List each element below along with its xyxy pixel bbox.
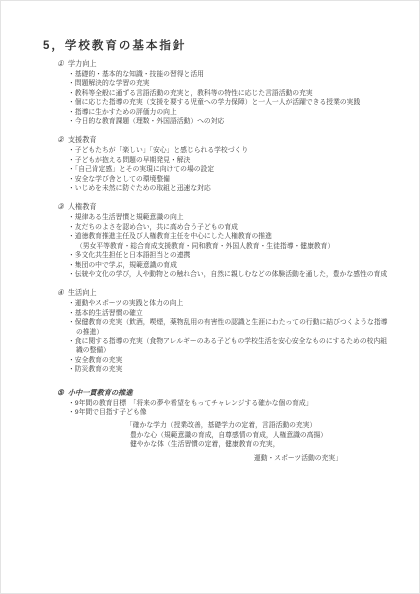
section-items: ・子どもたちが「楽しい」「安心」と感じられる学校づくり・子どもが抱える問題の早期… (68, 146, 388, 193)
sections: ①学力向上 ・基礎的・基本的な知識・技能の習得と活用・問題解決的な学習の充実・教… (57, 59, 419, 463)
vision-line: 健やかな体（生活習慣の定着，健康教育の充実， (126, 440, 342, 449)
section-header: ②支援教育 (57, 135, 419, 145)
bullet-item: ・多文化共生担任と日本語担当との連携 (68, 251, 388, 260)
vision-tail: 運動・スポーツ活動の充実」 (126, 450, 342, 463)
section-header: ①学力向上 (57, 59, 419, 69)
section-number: ③ (57, 202, 64, 211)
document-page: 5，学校教育の基本指針 ①学力向上 ・基礎的・基本的な知識・技能の習得と活用・問… (0, 0, 420, 594)
vision-line: 豊かな心（規範意識の育成，自尊感情の育成，人権意識の高揚） (126, 431, 342, 440)
section-items: ・基礎的・基本的な知識・技能の習得と活用・問題解決的な学習の充実・教科等全般に通… (68, 70, 388, 126)
section-heading: 小中一貫教育の推進 (68, 388, 133, 397)
bullet-item: ・伝統や文化の学び，人や動物との触れ合い，自然に親しむなどの体験活動を通した，豊… (68, 270, 388, 279)
bullet-item: ・規律ある生活習慣と規範意識の向上 (68, 213, 388, 222)
bullet-item: ・子どもが抱える問題の早期発見・解決 (68, 156, 388, 165)
section-heading: 人権教育 (68, 202, 97, 211)
section-header: ③人権教育 (57, 202, 419, 212)
bullet-item: ・基本的生活習慣の確立 (68, 309, 388, 318)
bullet-item: ・道徳教育推進主任及び人権教育主任を中心にした人権教育の推進 (68, 232, 388, 241)
section-number: ⑤ (57, 388, 64, 397)
bullet-item: ・安全教育の充実 (68, 356, 388, 365)
item-note: （男女平等教育・総合育成支援教育・同和教育・外国人教育・生徒指導・健康教育） (68, 242, 388, 251)
section: ⑤小中一貫教育の推進 ・9年間の教育目標 「将来の夢や希望をもってチャレンジする… (57, 388, 419, 463)
bullet-item: ・教科等全般に通ずる言語活動の充実と，教科等の特性に応じた言語活動の充実 (68, 89, 388, 98)
bullet-item: ・食に関する指導の充実（食物アレルギーのある子どもの学校生活を安心安全なものにす… (68, 337, 388, 356)
section-items: ・9年間の教育目標 「将来の夢や希望をもってチャレンジする確かな個の育成」・9年… (68, 399, 388, 463)
section-number: ① (57, 59, 64, 68)
bullet-item: ・いじめを未然に防ぐための取組と迅速な対応 (68, 184, 388, 193)
vision-block: 「確かな学力（授業改善，基礎学力の定着，言語活動の充実）豊かな心（規範意識の育成… (126, 421, 342, 463)
bullet-item: ・友だちのよさを認め合い，共に高め合う子どもの育成 (68, 223, 388, 232)
bullet-item: ・今日的な教育課題（理数・外国語活動）への対応 (68, 117, 388, 126)
section-items: ・運動やスポーツの実践と体力の向上・基本的生活習慣の確立・保健教育の充実（飲酒，… (68, 299, 388, 374)
bullet-item: ・防災教育の充実 (68, 365, 388, 374)
section-items: ・規律ある生活習慣と規範意識の向上・友だちのよさを認め合い，共に高め合う子どもの… (68, 213, 388, 279)
section-header: ④生活向上 (57, 288, 419, 298)
bullet-item: ・保健教育の充実（飲酒，喫煙，薬物乱用の有害性の認識と生涯にわたっての行動に結び… (68, 318, 388, 337)
vision-line: 「確かな学力（授業改善，基礎学力の定着，言語活動の充実） (126, 421, 342, 430)
bullet-item: ・安全な学び舎としての環境整備 (68, 175, 388, 184)
section-header: ⑤小中一貫教育の推進 (57, 388, 419, 398)
bullet-item: ・9年間で目指す子ども像 (68, 408, 388, 417)
section-number: ④ (57, 288, 64, 297)
bullet-item: ・指導に生かすための評価力の向上 (68, 108, 388, 117)
bullet-item: ・運動やスポーツの実践と体力の向上 (68, 299, 388, 308)
bullet-item: ・集団の中で学ぶ，規範意識の育成 (68, 261, 388, 270)
bullet-item: ・9年間の教育目標 「将来の夢や希望をもってチャレンジする確かな個の育成」 (68, 399, 388, 408)
section-number: ② (57, 135, 64, 144)
bullet-item: ・子どもたちが「楽しい」「安心」と感じられる学校づくり (68, 146, 388, 155)
section: ②支援教育 ・子どもたちが「楽しい」「安心」と感じられる学校づくり・子どもが抱え… (57, 135, 419, 193)
bullet-item: ・個に応じた指導の充実（支援を要する児童への学力保障）と一人一人が活躍できる授業… (68, 98, 388, 107)
bullet-item: ・基礎的・基本的な知識・技能の習得と活用 (68, 70, 388, 79)
section-heading: 生活向上 (68, 288, 97, 297)
section-heading: 学力向上 (68, 59, 97, 68)
bullet-item: ・問題解決的な学習の充実 (68, 79, 388, 88)
section-heading: 支援教育 (68, 135, 97, 144)
bullet-item: ・「自己肯定感」とその実現に向けての場の設定 (68, 165, 388, 174)
section: ④生活向上 ・運動やスポーツの実践と体力の向上・基本的生活習慣の確立・保健教育の… (57, 288, 419, 374)
section: ①学力向上 ・基礎的・基本的な知識・技能の習得と活用・問題解決的な学習の充実・教… (57, 59, 419, 126)
section: ③人権教育 ・規律ある生活習慣と規範意識の向上・友だちのよさを認め合い，共に高め… (57, 202, 419, 279)
doc-title: 5，学校教育の基本指針 (43, 37, 419, 53)
